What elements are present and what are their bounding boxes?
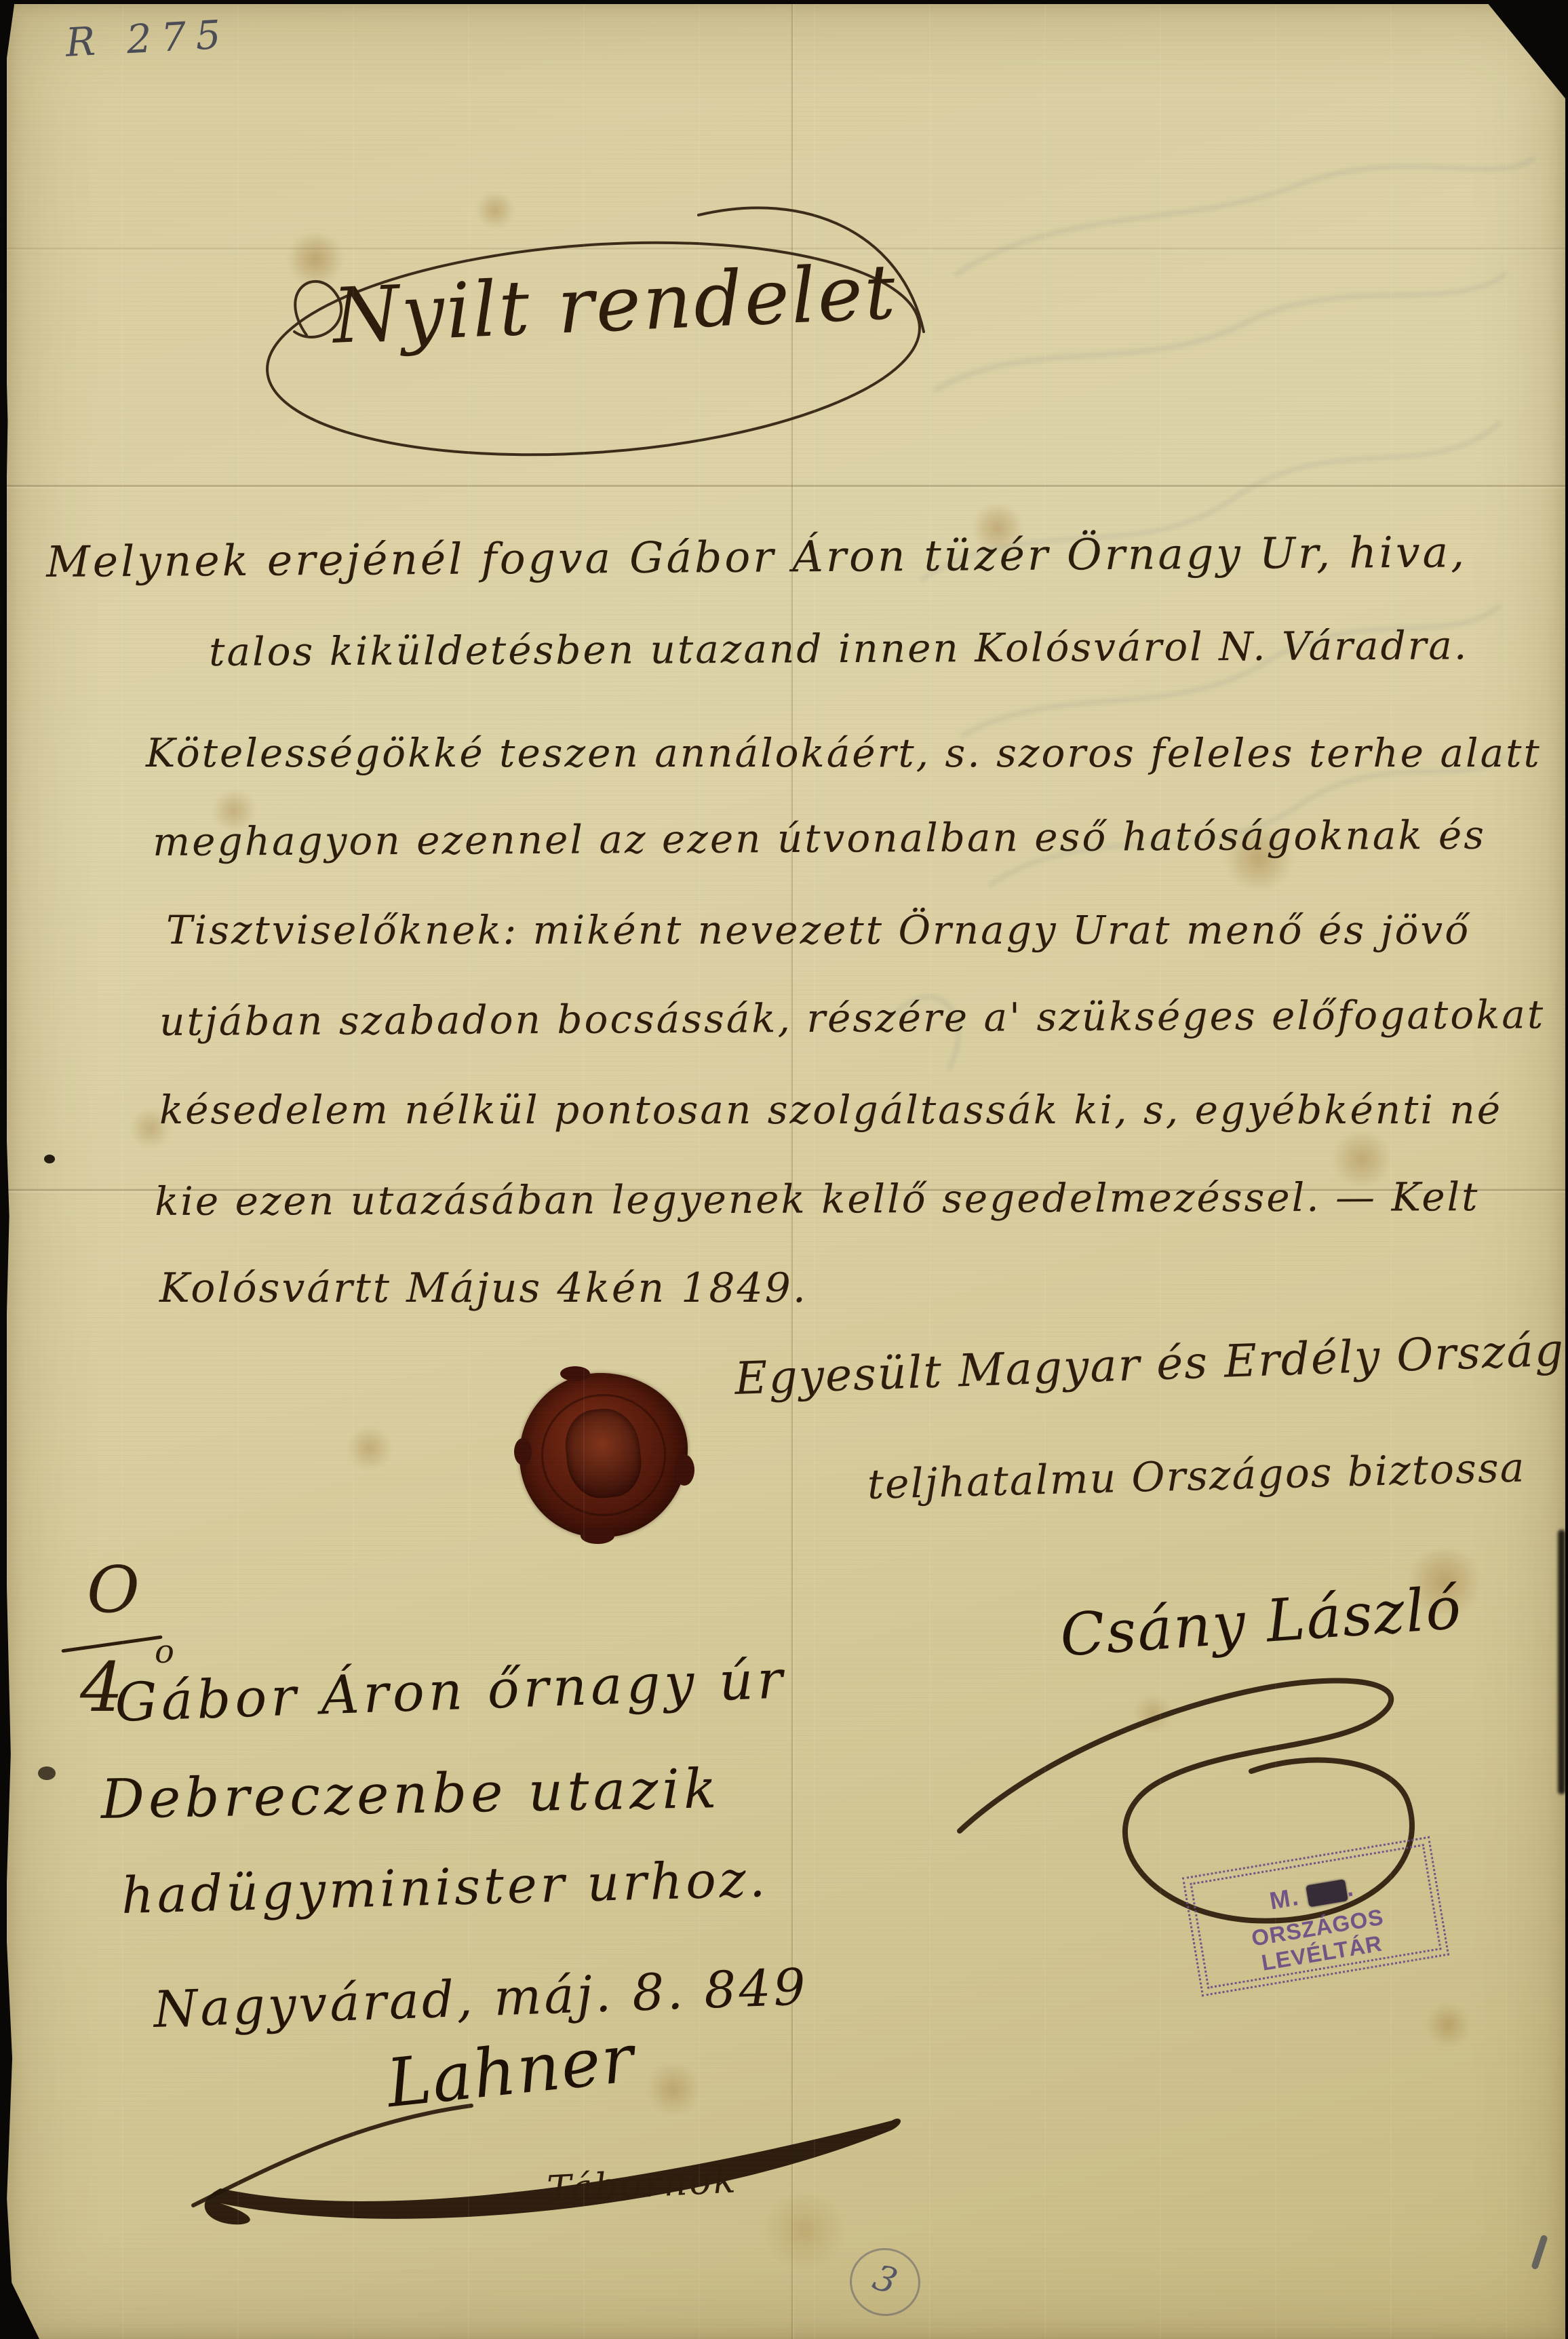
body-line-6: utjában szabadon bocsássák, részére a' s… (159, 991, 1545, 1045)
body-line-9: Kolósvártt Május 4kén 1849. (159, 1264, 808, 1312)
scan-edge-right-streak (1558, 1530, 1565, 1794)
note-line-2: Debreczenbe utazik (100, 1757, 721, 1831)
docket-mark: O 4 o (61, 1553, 210, 1777)
wax-seal-edge (514, 1438, 532, 1465)
foxing-spot (1424, 2004, 1472, 2046)
body-line-3: Kötelességökké teszen annálokáért, s. sz… (146, 730, 1542, 776)
archive-number-pencil: R 275 (64, 11, 231, 66)
body-line-8: kie ezen utazásában legyenek kellő seged… (155, 1174, 1480, 1224)
ink-speck (38, 1766, 56, 1780)
wax-seal-edge (560, 1366, 590, 1381)
pencil-slash-mark (1531, 2235, 1548, 2270)
stamp-obliterated-mark (1306, 1879, 1348, 1907)
note-line-3: hadügyminister urhoz. (121, 1850, 769, 1925)
page-number-circle: 3 (846, 2243, 925, 2321)
foxing-spot (346, 1427, 393, 1469)
docket-top: O (87, 1553, 140, 1627)
issuer-line-1: Egyesült Magyar és Erdély Ország (734, 1323, 1565, 1405)
body-line-2: talos kiküldetésben utazand innen Kolósv… (209, 622, 1469, 675)
wax-seal-edge (581, 1528, 614, 1544)
wax-seal-edge (674, 1454, 694, 1486)
stamp-prefix: M. (1268, 1882, 1301, 1915)
body-line-1: Melynek erejénél fogva Gábor Áron tüzér … (46, 527, 1467, 587)
signature-lahner-flourish (180, 2080, 919, 2236)
paper-sheet: R 275 Nyilt rendelet Melynek erejénél fo… (7, 3, 1565, 2339)
docket-side: o (155, 1633, 174, 1671)
body-line-7: késedelem nélkül pontosan szolgáltassák … (159, 1087, 1502, 1133)
scan-edge-top (0, 0, 1568, 4)
scan-background: R 275 Nyilt rendelet Melynek erejénél fo… (0, 0, 1568, 2339)
note-line-4: Nagyvárad, máj. 8. 849 (153, 1958, 809, 2039)
page-number: 3 (868, 2257, 902, 2302)
ink-speck (44, 1155, 55, 1163)
issuer-line-2: teljhatalmu Országos biztossa (867, 1444, 1526, 1509)
body-line-5: Tisztviselőknek: miként nevezett Örnagy … (166, 907, 1470, 953)
wax-seal (520, 1373, 688, 1537)
body-line-4: meghagyon ezennel az ezen útvonalban eső… (153, 812, 1486, 865)
note-line-1: Gábor Áron őrnagy úr (114, 1649, 787, 1734)
